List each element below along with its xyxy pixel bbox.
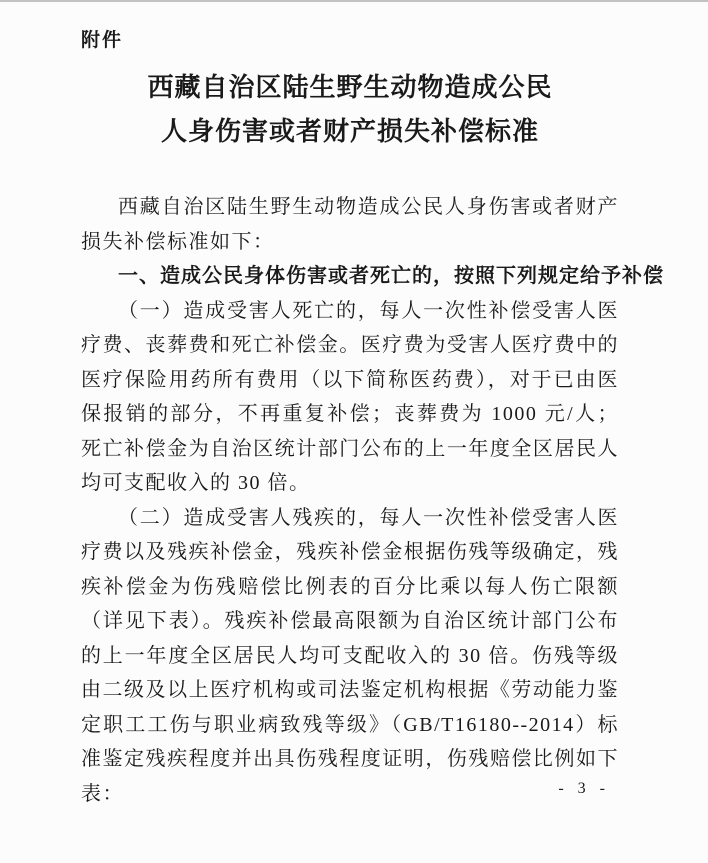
scan-edge-line (0, 0, 708, 2)
document-title: 西藏自治区陆生野生动物造成公民 人身伤害或者财产损失补偿标准 (81, 66, 619, 154)
document-body: 西藏自治区陆生野生动物造成公民人身伤害或者财产损失补偿标准如下： 一、造成公民身… (81, 190, 619, 811)
paragraph-item-2: （二）造成受害人残疾的，每人一次性补偿受害人医疗费以及残疾补偿金，残疾补偿金根据… (81, 501, 619, 812)
paragraph-item-1: （一）造成受害人死亡的，每人一次性补偿受害人医疗费、丧葬费和死亡补偿金。医疗费为… (81, 294, 619, 501)
section-heading-1: 一、造成公民身体伤害或者死亡的，按照下列规定给予补偿 (81, 259, 619, 294)
page-number: - 3 - (558, 780, 610, 798)
attachment-label: 附件 (81, 25, 123, 52)
document-title-line-1: 西藏自治区陆生野生动物造成公民 (81, 66, 619, 110)
paragraph-intro: 西藏自治区陆生野生动物造成公民人身伤害或者财产损失补偿标准如下： (81, 190, 619, 259)
document-title-line-2: 人身伤害或者财产损失补偿标准 (81, 110, 619, 154)
